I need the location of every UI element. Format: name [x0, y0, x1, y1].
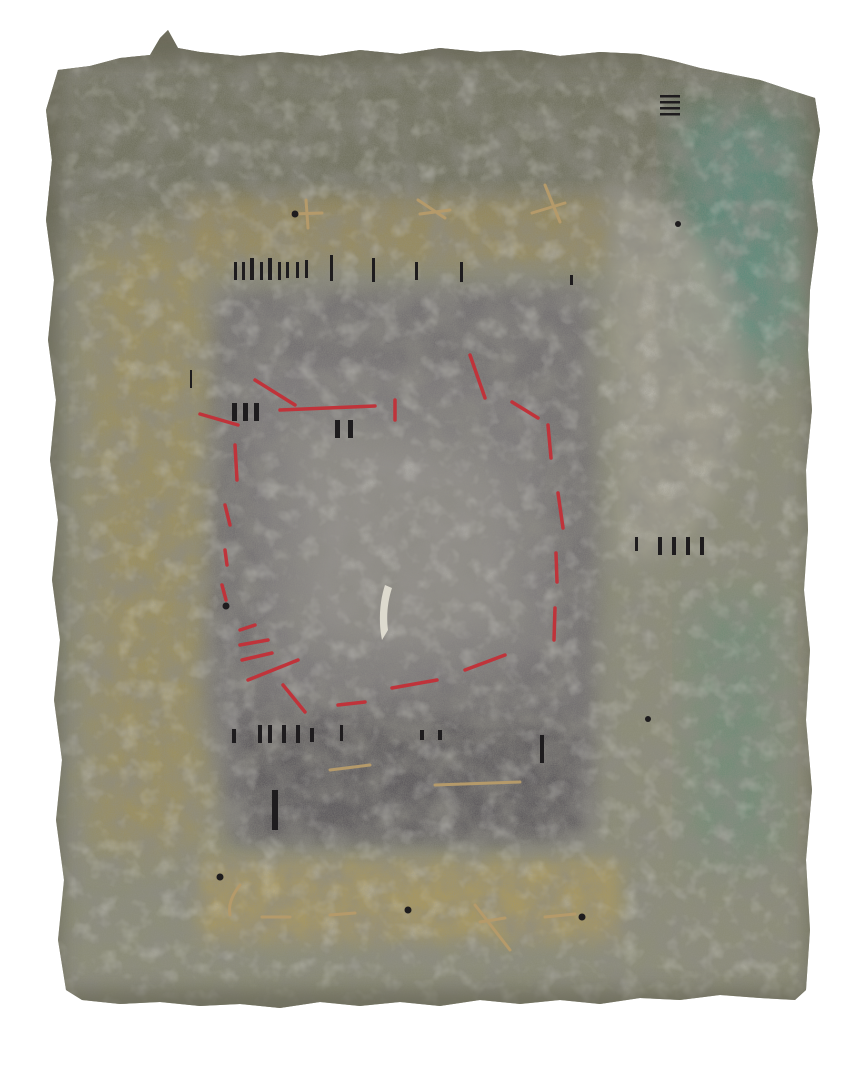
- paper-surface: [0, 0, 851, 1073]
- artwork-image: [0, 0, 851, 1073]
